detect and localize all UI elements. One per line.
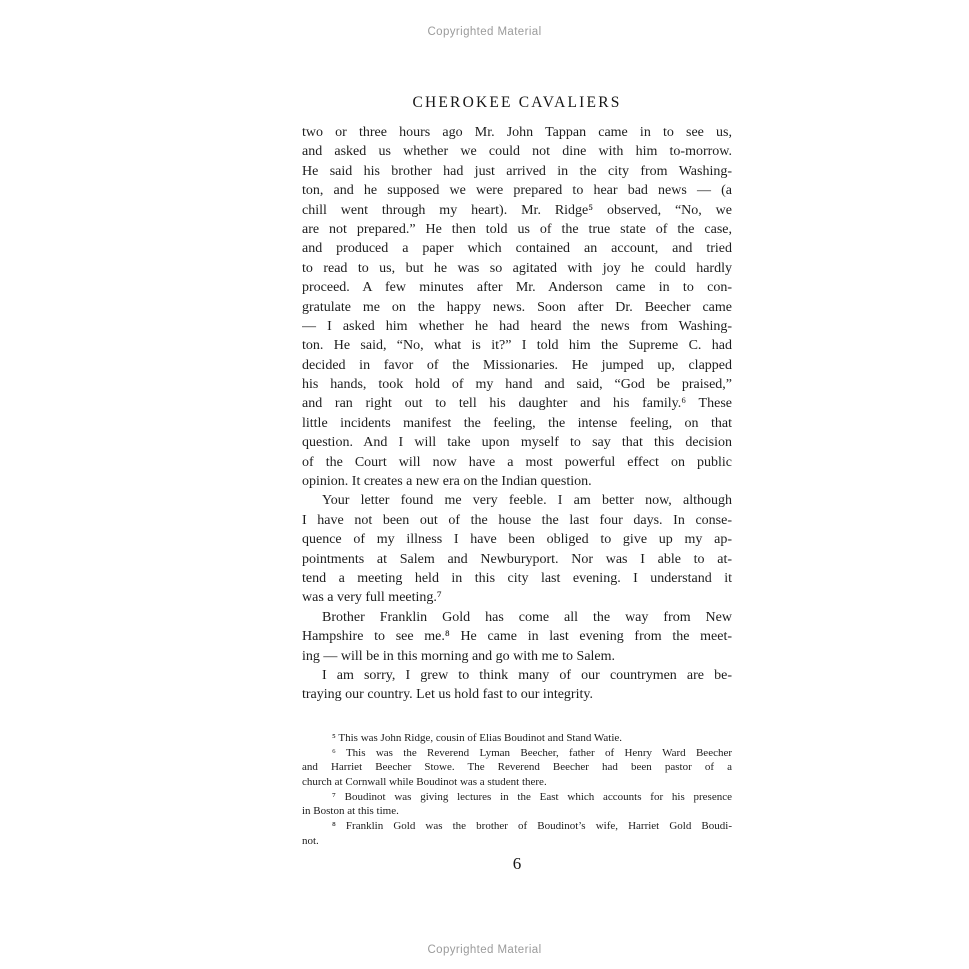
copyright-watermark-bottom: Copyrighted Material xyxy=(0,944,969,956)
body-text: two or three hours ago Mr. John Tappan c… xyxy=(302,123,732,705)
text-line: church at Cornwall while Boudinot was a … xyxy=(302,775,732,790)
text-column: CHEROKEE CAVALIERS two or three hours ag… xyxy=(302,0,732,969)
text-line: He said his brother had just arrived in … xyxy=(302,162,732,181)
text-line: tend a meeting held in this city last ev… xyxy=(302,569,732,588)
text-line: are not prepared.” He then told us of th… xyxy=(302,220,732,239)
text-line: and Harriet Beecher Stowe. The Reverend … xyxy=(302,760,732,775)
text-line: Your letter found me very feeble. I am b… xyxy=(302,491,732,510)
paragraph: Your letter found me very feeble. I am b… xyxy=(302,491,732,607)
text-line: and ran right out to tell his daughter a… xyxy=(302,394,732,413)
text-line: proceed. A few minutes after Mr. Anderso… xyxy=(302,278,732,297)
text-line: of the Court will now have a most powerf… xyxy=(302,453,732,472)
text-line: and produced a paper which contained an … xyxy=(302,239,732,258)
text-line: traying our country. Let us hold fast to… xyxy=(302,685,732,704)
text-line: opinion. It creates a new era on the Ind… xyxy=(302,472,732,491)
paragraph: ⁵ This was John Ridge, cousin of Elias B… xyxy=(302,731,732,746)
text-line: ing — will be in this morning and go wit… xyxy=(302,647,732,666)
text-line: gratulate me on the happy news. Soon aft… xyxy=(302,298,732,317)
text-line: question. And I will take upon myself to… xyxy=(302,433,732,452)
text-line: I have not been out of the house the las… xyxy=(302,511,732,530)
text-line: I am sorry, I grew to think many of our … xyxy=(302,666,732,685)
page-number: 6 xyxy=(302,854,732,874)
text-line: Brother Franklin Gold has come all the w… xyxy=(302,608,732,627)
text-line: in Boston at this time. xyxy=(302,804,732,819)
text-line: Hampshire to see me.⁸ He came in last ev… xyxy=(302,627,732,646)
text-line: and asked us whether we could not dine w… xyxy=(302,142,732,161)
paragraph: Brother Franklin Gold has come all the w… xyxy=(302,608,732,666)
text-line: ⁶ This was the Reverend Lyman Beecher, f… xyxy=(302,746,732,761)
paragraph: ⁷ Boudinot was giving lectures in the Ea… xyxy=(302,790,732,819)
text-line: ⁵ This was John Ridge, cousin of Elias B… xyxy=(302,731,732,746)
text-line: — I asked him whether he had heard the n… xyxy=(302,317,732,336)
text-line: his hands, took hold of my hand and said… xyxy=(302,375,732,394)
paragraph: two or three hours ago Mr. John Tappan c… xyxy=(302,123,732,491)
book-page: Copyrighted Material CHEROKEE CAVALIERS … xyxy=(0,0,969,969)
text-line: pointments at Salem and Newburyport. Nor… xyxy=(302,550,732,569)
footnotes-section: ⁵ This was John Ridge, cousin of Elias B… xyxy=(302,731,732,849)
text-line: decided in favor of the Missionaries. He… xyxy=(302,356,732,375)
paragraph: ⁶ This was the Reverend Lyman Beecher, f… xyxy=(302,746,732,790)
text-line: ton, and he supposed we were prepared to… xyxy=(302,181,732,200)
paragraph: ⁸ Franklin Gold was the brother of Boudi… xyxy=(302,819,732,848)
text-line: two or three hours ago Mr. John Tappan c… xyxy=(302,123,732,142)
text-line: not. xyxy=(302,834,732,849)
text-line: was a very full meeting.⁷ xyxy=(302,588,732,607)
text-line: ⁷ Boudinot was giving lectures in the Ea… xyxy=(302,790,732,805)
running-head-title: CHEROKEE CAVALIERS xyxy=(302,94,732,112)
text-line: ⁸ Franklin Gold was the brother of Boudi… xyxy=(302,819,732,834)
paragraph: I am sorry, I grew to think many of our … xyxy=(302,666,732,705)
text-line: chill went through my heart). Mr. Ridge⁵… xyxy=(302,201,732,220)
text-line: ton. He said, “No, what is it?” I told h… xyxy=(302,336,732,355)
text-line: little incidents manifest the feeling, t… xyxy=(302,414,732,433)
text-line: quence of my illness I have been obliged… xyxy=(302,530,732,549)
text-line: to read to us, but he was so agitated wi… xyxy=(302,259,732,278)
